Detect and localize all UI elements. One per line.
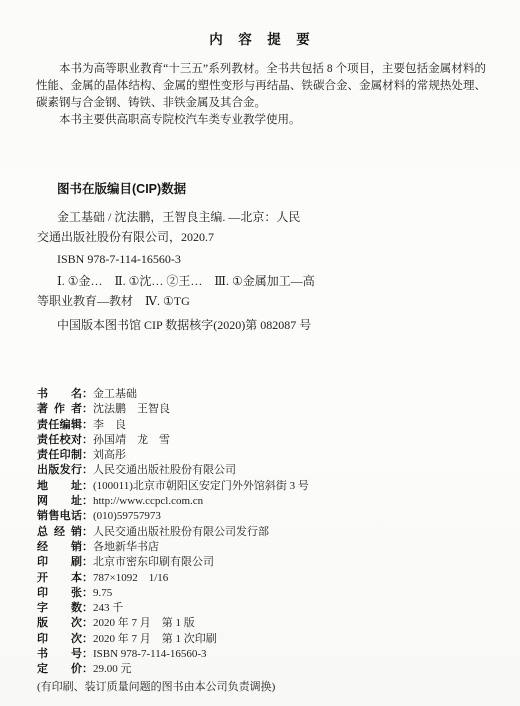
colophon-row-distributor: 经销：各地新华书店: [37, 540, 520, 555]
cip-record-number: 中国版本图书馆 CIP 数据核字(2020)第 082087 号: [57, 315, 520, 335]
colophon-label: 书号: [37, 647, 82, 662]
colophon-label: 出版发行: [37, 463, 82, 478]
colophon-row-sheets: 印张：9.75: [37, 586, 520, 601]
colophon-value: 李 良: [93, 419, 126, 431]
colophon-value: 2020 年 7 月 第 1 次印刷: [93, 633, 217, 645]
colophon-value: (010)59757973: [93, 510, 161, 522]
colophon-value: 人民交通出版社股份有限公司发行部: [93, 526, 269, 538]
colophon-value: 29.00 元: [93, 663, 132, 675]
colophon-value: (100011)北京市朝阳区安定门外外馆斜街 3 号: [93, 480, 309, 492]
colophon-label: 总经销: [37, 525, 82, 540]
colophon-colon: ：: [82, 434, 93, 446]
colophon-row-print-supervisor: 责任印制：刘高彤: [37, 448, 520, 463]
colophon-label: 责任校对: [37, 433, 82, 448]
colophon-colon: ：: [82, 526, 93, 538]
colophon-value: 9.75: [93, 587, 112, 599]
colophon-label: 地址: [37, 479, 82, 494]
colophon-colon: ：: [82, 495, 93, 507]
colophon-label: 版次: [37, 616, 82, 631]
colophon-label: 责任印制: [37, 448, 82, 463]
colophon-row-proofreaders: 责任校对：孙国靖 龙 雪: [37, 433, 520, 448]
colophon-label: 印张: [37, 586, 82, 601]
content-summary-title: 内 容 提 要: [0, 28, 520, 48]
colophon-row-price: 定价：29.00 元: [37, 662, 520, 677]
cip-isbn: ISBN 978-7-114-16560-3: [57, 249, 520, 269]
colophon-colon: ：: [82, 587, 93, 599]
colophon-colon: ：: [82, 388, 93, 400]
colophon-colon: ：: [82, 617, 93, 629]
colophon-colon: ：: [82, 541, 93, 553]
colophon-value: 各地新华书店: [93, 541, 159, 553]
colophon-row-editor: 责任编辑：李 良: [37, 418, 520, 433]
colophon-label: 销售电话: [37, 509, 82, 524]
colophon-value: http://www.ccpcl.com.cn: [93, 495, 203, 507]
colophon-row-general-distributor: 总经销：人民交通出版社股份有限公司发行部: [37, 525, 520, 540]
colophon-value: 人民交通出版社股份有限公司: [93, 464, 236, 476]
copyright-page: 内 容 提 要 本书为高等职业教育“十三五”系列教材。全书共包括 8 个项目，主…: [0, 0, 520, 706]
colophon-value: 787×1092 1/16: [93, 572, 168, 584]
colophon-row-book-title: 书名：金工基础: [37, 387, 520, 402]
colophon-label: 字数: [37, 601, 82, 616]
colophon-row-book-number: 书号：ISBN 978-7-114-16560-3: [37, 647, 520, 662]
colophon-value: 孙国靖 龙 雪: [93, 434, 170, 446]
colophon-label: 定价: [37, 662, 82, 677]
colophon-value: 2020 年 7 月 第 1 版: [93, 617, 195, 629]
quality-note: (有印刷、装订质量问题的图书由本公司负责调换): [37, 680, 520, 695]
colophon-colon: ：: [82, 419, 93, 431]
colophon-colon: ：: [82, 602, 93, 614]
colophon-label: 印次: [37, 632, 82, 647]
colophon-colon: ：: [82, 464, 93, 476]
colophon-colon: ：: [82, 480, 93, 492]
summary-paragraph-2: 本书主要供高职高专院校汽车类专业教学使用。: [36, 112, 486, 129]
colophon-colon: ：: [82, 556, 93, 568]
colophon-label: 经销: [37, 540, 82, 555]
colophon-row-publisher: 出版发行：人民交通出版社股份有限公司: [37, 463, 520, 478]
colophon-label: 著作者: [37, 402, 82, 417]
colophon-value: 金工基础: [93, 388, 137, 400]
colophon-colon: ：: [82, 572, 93, 584]
colophon-colon: ：: [82, 449, 93, 461]
cip-header: 图书在版编目(CIP)数据: [57, 179, 520, 199]
cip-entry-line2: 交通出版社股份有限公司，2020.7: [37, 227, 520, 247]
colophon-row-edition: 版次：2020 年 7 月 第 1 版: [37, 616, 520, 631]
colophon-row-format: 开本：787×1092 1/16: [37, 571, 520, 586]
content-summary: 本书为高等职业教育“十三五”系列教材。全书共包括 8 个项目，主要包括金属材料的…: [36, 61, 486, 129]
colophon-colon: ：: [82, 663, 93, 675]
colophon-value: 243 千: [93, 602, 123, 614]
colophon-label: 书名: [37, 387, 82, 402]
colophon-label: 印刷: [37, 555, 82, 570]
colophon-label: 责任编辑: [37, 418, 82, 433]
cip-block: 图书在版编目(CIP)数据 金工基础 / 沈法鹏，王智良主编. —北京：人民 交…: [0, 179, 520, 335]
colophon-row-address: 地址：(100011)北京市朝阳区安定门外外馆斜街 3 号: [37, 479, 520, 494]
colophon-value: 刘高彤: [93, 449, 126, 461]
colophon-colon: ：: [82, 510, 93, 522]
summary-paragraph-1: 本书为高等职业教育“十三五”系列教材。全书共包括 8 个项目，主要包括金属材料的…: [36, 61, 486, 112]
cip-entry-line1: 金工基础 / 沈法鹏，王智良主编. —北京：人民: [57, 207, 520, 227]
colophon-value: ISBN 978-7-114-16560-3: [93, 648, 207, 660]
colophon-value: 北京市密东印刷有限公司: [93, 556, 214, 568]
colophon-row-print-run: 印次：2020 年 7 月 第 1 次印刷: [37, 632, 520, 647]
colophon-list: 书名：金工基础 著作者：沈法鹏 王智良 责任编辑：李 良 责任校对：孙国靖 龙 …: [37, 387, 520, 678]
colophon-colon: ：: [82, 403, 93, 415]
cip-classification-line2: 等职业教育—教材 Ⅳ. ①TG: [37, 291, 520, 311]
colophon-colon: ：: [82, 633, 93, 645]
colophon-row-website: 网址：http://www.ccpcl.com.cn: [37, 494, 520, 509]
colophon-colon: ：: [82, 648, 93, 660]
colophon-label: 开本: [37, 571, 82, 586]
colophon-value: 沈法鹏 王智良: [93, 403, 170, 415]
colophon-row-sales-phone: 销售电话：(010)59757973: [37, 509, 520, 524]
colophon-row-printer: 印刷：北京市密东印刷有限公司: [37, 555, 520, 570]
colophon-label: 网址: [37, 494, 82, 509]
colophon-row-authors: 著作者：沈法鹏 王智良: [37, 402, 520, 417]
colophon-row-word-count: 字数：243 千: [37, 601, 520, 616]
cip-classification-line1: Ⅰ. ①金… Ⅱ. ①沈… ②王… Ⅲ. ①金属加工—高: [57, 271, 520, 291]
